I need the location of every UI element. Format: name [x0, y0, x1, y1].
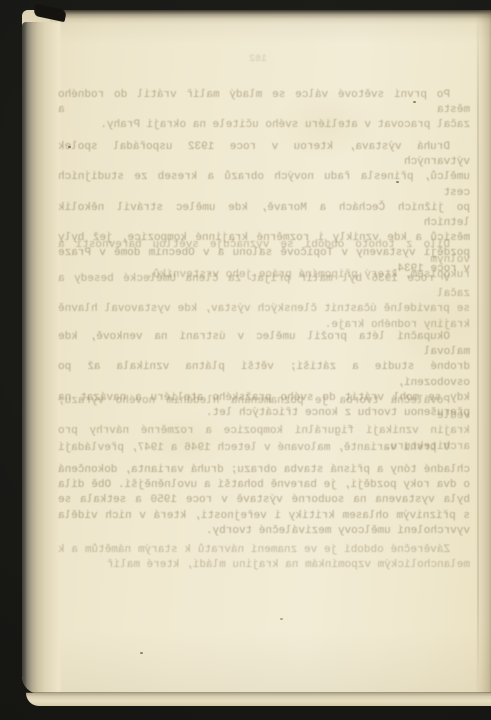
ghost-text-line: po jižních Čechách a Moravě, kde umělec …	[58, 201, 470, 231]
paper-speck	[140, 652, 143, 654]
ghost-text-line: umělců, přinesla řadu nových obrazů a kr…	[58, 170, 470, 200]
ghost-text-line: se pravidelně účastnit členských výstav,…	[58, 302, 470, 317]
ghost-text-line: melancholickým vzpomínkám na krajinu mlá…	[58, 558, 470, 573]
ghost-paragraph: V roce 1936 byl malíř přijat za člena Um…	[58, 272, 470, 333]
ghost-text-line: Druhá výstava, kterou v roce 1932 uspořá…	[58, 140, 470, 170]
ghost-text-line: Po první světové válce se mladý malíř vr…	[58, 88, 470, 118]
page-number-ghost: 162	[228, 54, 288, 65]
page-edges-bottom	[26, 693, 491, 706]
ghost-text-line: drobné studie a zátiší; větší plátna vzn…	[58, 360, 470, 390]
ghost-text-line: začal pracovat v ateliéru svého učitele …	[58, 118, 470, 133]
ghost-text-line: Okupační léta prožil umělec v ústraní na…	[58, 330, 470, 360]
page-right-shade	[475, 10, 491, 694]
ghost-text-line: krajin vznikají figurální kompozice a ro…	[58, 424, 470, 439]
paper-speck	[280, 618, 283, 620]
ghost-text-line: s příznivým ohlasem kritiky i veřejnosti…	[58, 509, 470, 524]
page-top-shadow	[50, 10, 491, 24]
ghost-text-line: o dva roky později, je barevně bohatší a…	[58, 478, 470, 493]
page-edges-left	[22, 22, 62, 694]
scanner-background: 162 Po první světové válce se mladý malí…	[0, 0, 491, 720]
ghost-paragraph: V první variantě, malované v letech 1946…	[58, 441, 470, 456]
ghost-text-line: Dílo z tohoto období se vyznačuje světlo…	[58, 238, 470, 268]
book-page: 162 Po první světové válce se mladý malí…	[22, 10, 491, 694]
ghost-text-line: chladné tóny a přísná stavba obrazu; dru…	[58, 463, 470, 478]
ghost-text-line: V roce 1936 byl malíř přijat za člena Um…	[58, 272, 470, 302]
ghost-paragraph: Závěrečné období je ve znamení návratů k…	[58, 543, 470, 573]
ghost-text-line: V první variantě, malované v letech 1946…	[58, 441, 470, 456]
showthrough-text: Po první světové válce se mladý malíř vr…	[58, 84, 470, 589]
ghost-paragraph: chladné tóny a přísná stavba obrazu; dru…	[58, 463, 470, 539]
ghost-text-line: Poválečná tvorba je poznamenána hledáním…	[58, 394, 470, 424]
ghost-text-line: vyvrcholení umělcovy meziválečné tvorby.	[58, 524, 470, 539]
ghost-text-line: Závěrečné období je ve znamení návratů k…	[58, 543, 470, 558]
ghost-text-line: byla vystavena na souborné výstavě v roc…	[58, 493, 470, 508]
ghost-paragraph: Po první světové válce se mladý malíř vr…	[58, 88, 470, 134]
